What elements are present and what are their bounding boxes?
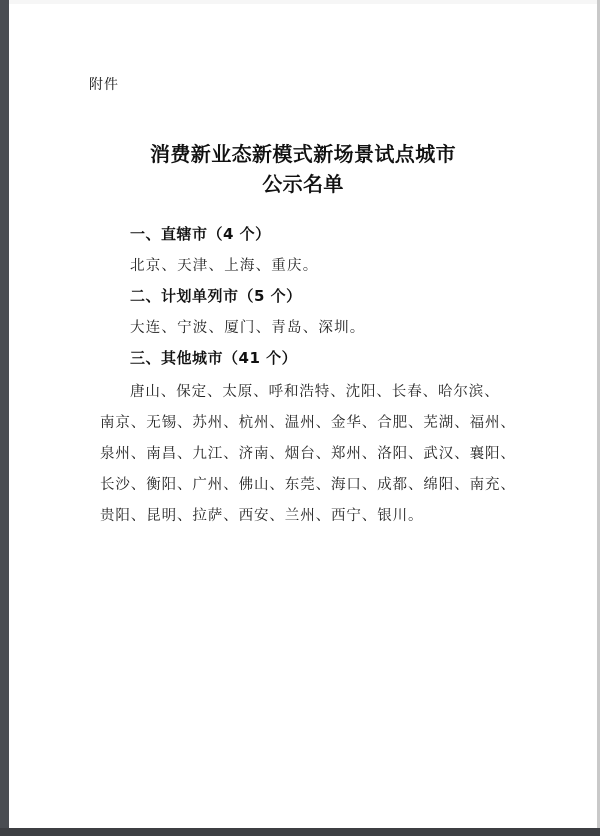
- page-top-edge: [9, 0, 597, 4]
- other-cities-line-2: 南京、无锡、苏州、杭州、温州、金华、合肥、芜湖、福州、: [100, 411, 516, 432]
- other-cities-line-5: 贵阳、昆明、拉萨、西安、兰州、西宁、银川。: [100, 504, 423, 525]
- other-cities-line-3: 泉州、南昌、九江、济南、烟台、郑州、洛阳、武汉、襄阳、: [100, 442, 516, 463]
- section-heading-other-cities: 三、其他城市（41 个）: [130, 347, 297, 368]
- attachment-label: 附件: [89, 74, 119, 94]
- document-title-line-1: 消费新业态新模式新场景试点城市: [9, 138, 597, 167]
- section-items-municipalities: 北京、天津、上海、重庆。: [130, 254, 318, 275]
- document-viewer: 附件 消费新业态新模式新场景试点城市 公示名单 一、直辖市（4 个） 北京、天津…: [0, 0, 600, 836]
- document-title-line-2: 公示名单: [9, 168, 597, 197]
- document-page: 附件 消费新业态新模式新场景试点城市 公示名单 一、直辖市（4 个） 北京、天津…: [9, 0, 597, 828]
- other-cities-line-4: 长沙、衡阳、广州、佛山、东莞、海口、成都、绵阳、南充、: [100, 473, 516, 494]
- section-heading-separately-planned-cities: 二、计划单列市（5 个）: [130, 285, 302, 306]
- section-heading-municipalities: 一、直辖市（4 个）: [130, 223, 271, 244]
- viewer-bottom-band: [0, 828, 600, 836]
- section-items-separately-planned-cities: 大连、宁波、厦门、青岛、深圳。: [130, 316, 366, 337]
- other-cities-line-1: 唐山、保定、太原、呼和浩特、沈阳、长春、哈尔滨、: [130, 380, 500, 401]
